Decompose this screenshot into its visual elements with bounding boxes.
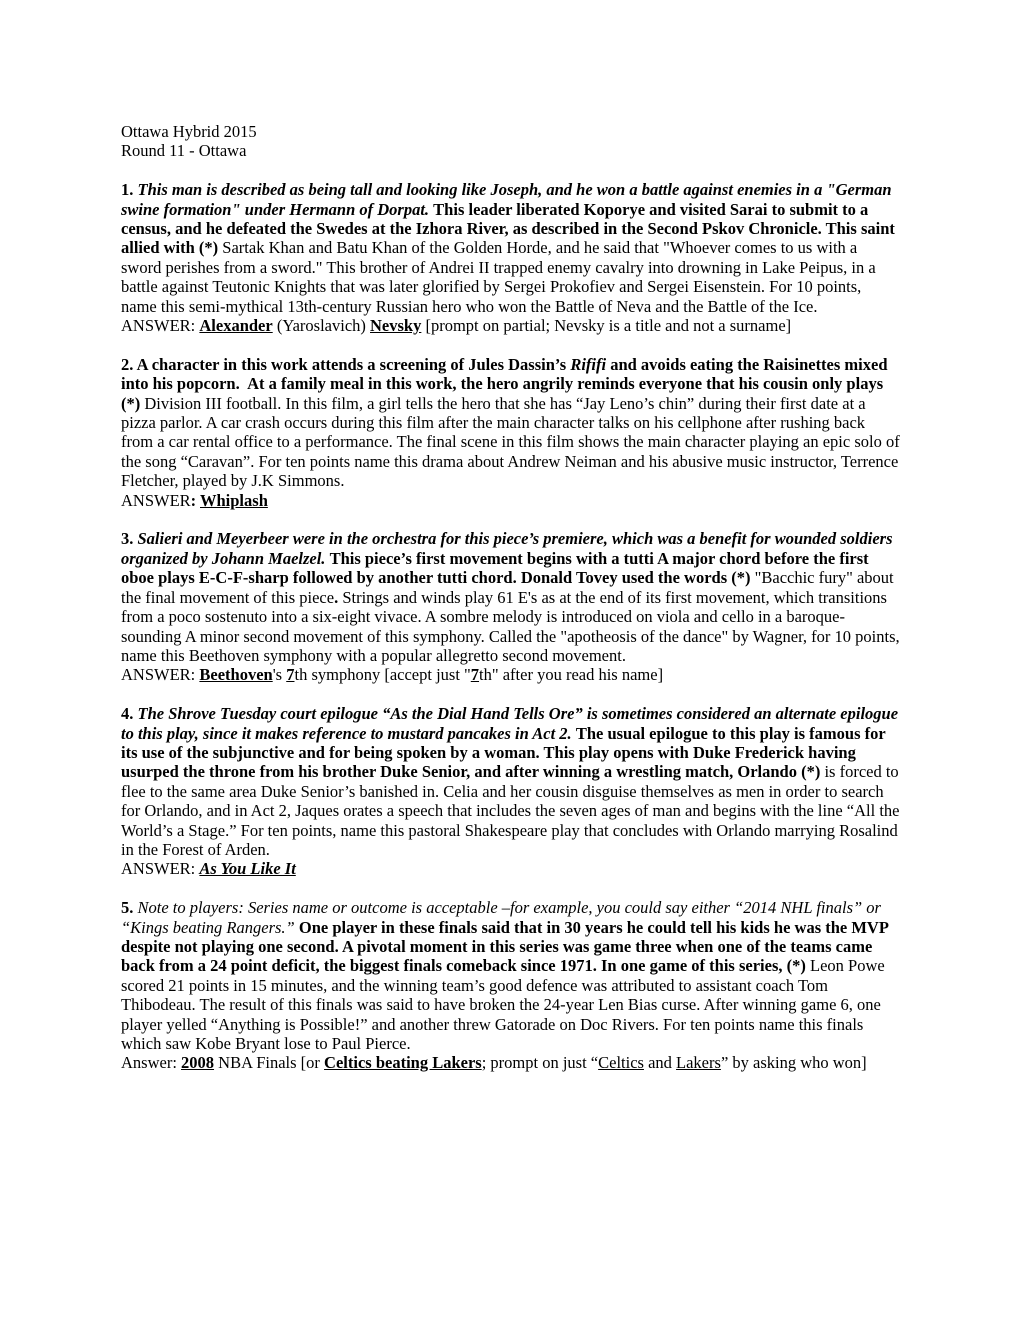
question-1: 1. This man is described as being tall a… — [121, 180, 900, 335]
packet-title: Ottawa Hybrid 2015 — [121, 122, 900, 141]
answer-line: ANSWER: As You Like It — [121, 859, 900, 878]
text-run: Answer: — [121, 1053, 181, 1072]
question-5: 5. Note to players: Series name or outco… — [121, 898, 900, 1073]
text-run: ANSWER: — [121, 665, 199, 684]
text-run: As You Like It — [199, 859, 295, 878]
answer-line: ANSWER: Beethoven's 7th symphony [accept… — [121, 665, 900, 684]
text-run: 4. — [121, 704, 138, 723]
question-4: 4. The Shrove Tuesday court epilogue “As… — [121, 704, 900, 879]
text-run: 1. — [121, 180, 138, 199]
text-run: 7 — [471, 665, 479, 684]
questions: 1. This man is described as being tall a… — [121, 180, 900, 1073]
document-content: Ottawa Hybrid 2015 Round 11 - Ottawa 1. … — [121, 122, 900, 1073]
question-text: 4. The Shrove Tuesday court epilogue “As… — [121, 704, 900, 859]
text-run: ” by asking who won] — [721, 1053, 867, 1072]
question-text: 5. Note to players: Series name or outco… — [121, 898, 900, 1053]
text-run: Beethoven — [199, 665, 272, 684]
answer-line: Answer: 2008 NBA Finals [or Celtics beat… — [121, 1053, 900, 1072]
document-page: Ottawa Hybrid 2015 Round 11 - Ottawa 1. … — [0, 0, 1020, 1320]
text-run: ANSWER — [121, 491, 191, 510]
text-run: Division III football. In this film, a g… — [121, 394, 904, 491]
text-run: (Yaroslavich) — [273, 316, 370, 335]
text-run: NBA Finals [or — [214, 1053, 324, 1072]
text-run: Celtics — [598, 1053, 644, 1072]
text-run: [prompt on partial; Nevsky is a title an… — [421, 316, 791, 335]
text-run: 5. — [121, 898, 138, 917]
question-3: 3. Salieri and Meyerbeer were in the orc… — [121, 529, 900, 684]
text-run: : — [191, 491, 200, 510]
answer-line: ANSWER: Alexander (Yaroslavich) Nevsky [… — [121, 316, 900, 335]
packet-header: Ottawa Hybrid 2015 Round 11 - Ottawa — [121, 122, 900, 161]
text-run: th" after you read his name] — [479, 665, 663, 684]
answer-line: ANSWER: Whiplash — [121, 491, 900, 510]
question-text: 1. This man is described as being tall a… — [121, 180, 900, 316]
text-run: th symphony [accept just " — [294, 665, 470, 684]
text-run: Sartak Khan and Batu Khan of the Golden … — [121, 238, 880, 315]
text-run: 2008 — [181, 1053, 214, 1072]
text-run: 2. A character in this work attends a sc… — [121, 355, 570, 374]
text-run: and — [644, 1053, 676, 1072]
text-run: Rififi — [570, 355, 606, 374]
text-run: Celtics beating Lakers — [324, 1053, 482, 1072]
text-run: Lakers — [676, 1053, 721, 1072]
text-run: Whiplash — [200, 491, 268, 510]
text-run: 3. — [121, 529, 138, 548]
question-text: 2. A character in this work attends a sc… — [121, 355, 900, 491]
text-run: 's — [273, 665, 287, 684]
text-run: Nevsky — [370, 316, 421, 335]
question-text: 3. Salieri and Meyerbeer were in the orc… — [121, 529, 900, 665]
text-run: Alexander — [199, 316, 272, 335]
text-run: ; prompt on just “ — [482, 1053, 598, 1072]
round-title: Round 11 - Ottawa — [121, 141, 900, 160]
text-run: ANSWER: — [121, 316, 199, 335]
question-2: 2. A character in this work attends a sc… — [121, 355, 900, 510]
text-run: ANSWER: — [121, 859, 199, 878]
